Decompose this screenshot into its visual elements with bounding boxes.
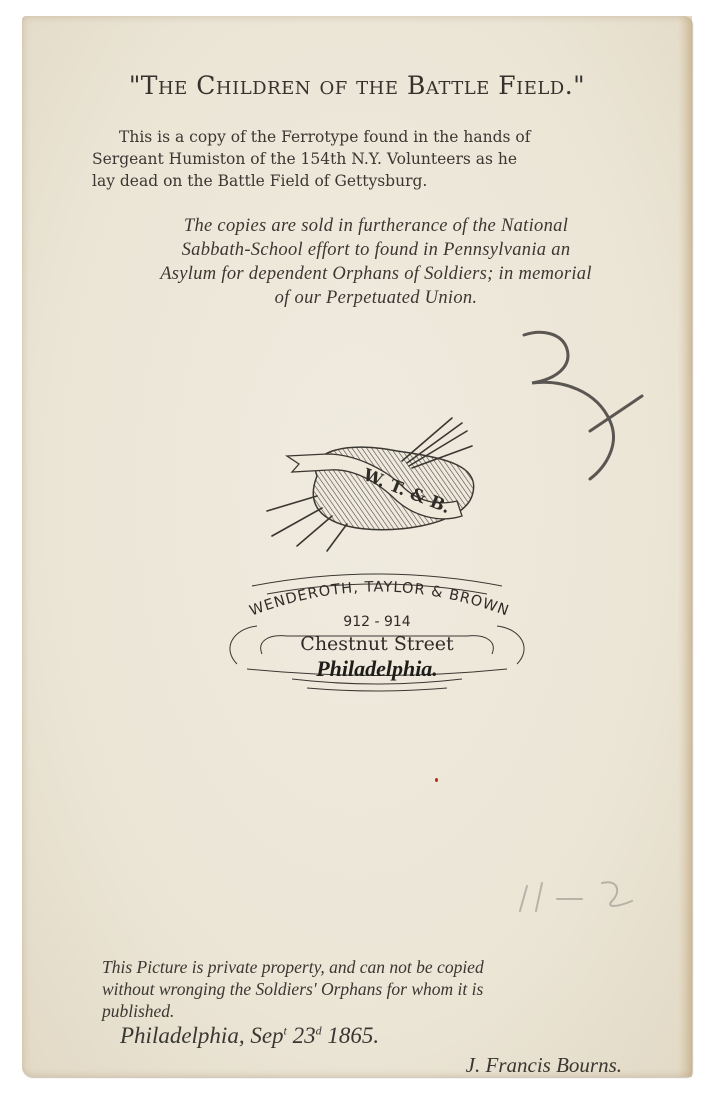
dateline-day-sup: d: [316, 1023, 322, 1037]
dateline-month-sup: t: [284, 1023, 287, 1037]
imprint-street-number: 912 - 914: [343, 614, 410, 630]
intro-line: This is a copy of the Ferrotype found in…: [92, 126, 652, 148]
wtb-palette-logo-icon: W. T. & B.: [237, 396, 507, 556]
purpose-line: Sabbath-School effort to found in Pennsy…: [86, 238, 666, 262]
pencil-mark-3x-icon: [502, 321, 652, 481]
purpose-line: The copies are sold in furtherance of th…: [86, 214, 666, 238]
dateline-month: Sep: [250, 1023, 283, 1048]
signature: J. Francis Bourns.: [466, 1053, 622, 1078]
notice-line: published.: [102, 1000, 642, 1022]
bleed-through-text: [72, 676, 672, 806]
carte-de-visite-card: "The Children of the Battle Field." This…: [22, 16, 692, 1077]
purpose-paragraph: The copies are sold in furtherance of th…: [86, 214, 666, 310]
card-title: "The Children of the Battle Field.": [22, 71, 692, 100]
imprint-street: Chestnut Street: [300, 633, 454, 655]
intro-paragraph: This is a copy of the Ferrotype found in…: [92, 126, 652, 192]
copyright-notice: This Picture is private property, and ca…: [102, 956, 642, 1022]
edge-stain: [678, 16, 692, 1077]
notice-line: without wronging the Soldiers' Orphans f…: [102, 978, 642, 1000]
dateline-place: Philadelphia,: [120, 1023, 245, 1048]
dateline-year: 1865.: [327, 1023, 379, 1048]
photographer-imprint: WENDEROTH, TAYLOR & BROWN 912 - 914 Ches…: [212, 564, 542, 694]
dateline: Philadelphia, Sept 23d 1865.: [120, 1023, 379, 1049]
intro-line: lay dead on the Battle Field of Gettysbu…: [92, 170, 652, 192]
notice-line: This Picture is private property, and ca…: [102, 956, 642, 978]
purpose-line: Asylum for dependent Orphans of Soldiers…: [86, 262, 666, 286]
red-ink-spot: [435, 778, 438, 782]
dateline-day: 23: [293, 1023, 316, 1048]
imprint-city: Philadelphia.: [315, 656, 438, 681]
pencil-mark-number-icon: [512, 871, 662, 921]
intro-line: Sergeant Humiston of the 154th N.Y. Volu…: [92, 148, 652, 170]
purpose-line: of our Perpetuated Union.: [86, 286, 666, 310]
